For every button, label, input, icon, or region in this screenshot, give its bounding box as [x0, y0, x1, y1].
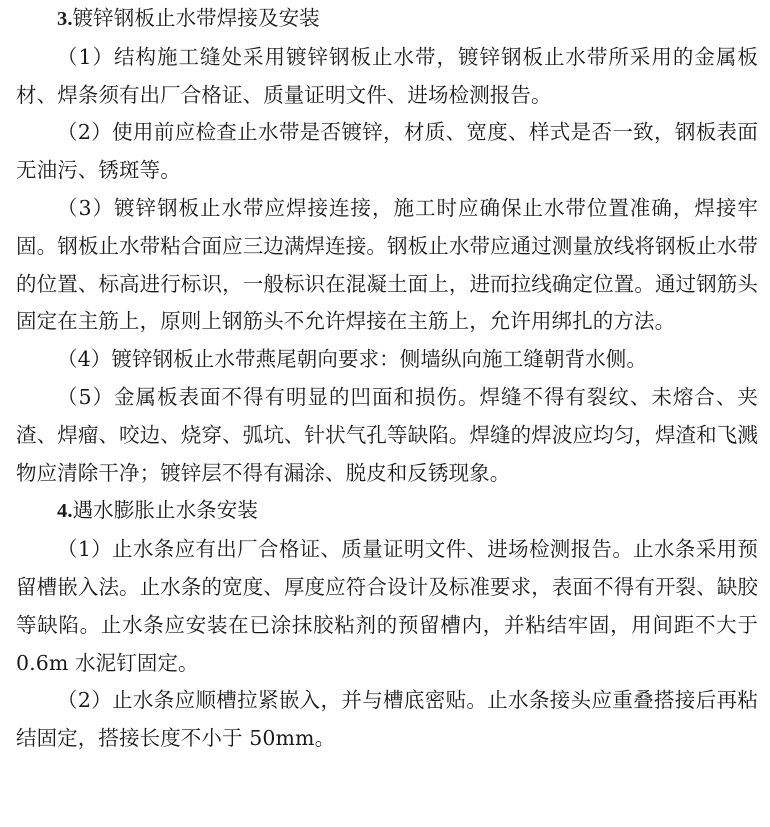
section-heading-3: 3.镀锌钢板止水带焊接及安装 [16, 0, 758, 39]
paragraph-3-4: （4）镀锌钢板止水带燕尾朝向要求：侧墙纵向施工缝朝背水侧。 [16, 341, 758, 379]
paragraph-4-2: （2）止水条应顺槽拉紧嵌入，并与槽底密贴。止水条接头应重叠搭接后再粘结固定，搭接… [16, 682, 758, 758]
paragraph-3-5: （5）金属板表面不得有明显的凹面和损伤。焊缝不得有裂纹、未熔合、夹渣、焊瘤、咬边… [16, 379, 758, 492]
section-title: 遇水膨胀止水条安装 [73, 498, 258, 522]
section-title: 镀锌钢板止水带焊接及安装 [73, 6, 320, 30]
paragraph-3-1: （1）结构施工缝处采用镀锌钢板止水带，镀锌钢板止水带所采用的金属板材、焊条须有出… [16, 39, 758, 115]
paragraph-3-3: （3）镀锌钢板止水带应焊接连接，施工时应确保止水带位置准确，焊接牢固。钢板止水带… [16, 190, 758, 341]
paragraph-3-2: （2）使用前应检查止水带是否镀锌，材质、宽度、样式是否一致，钢板表面无油污、锈斑… [16, 114, 758, 190]
section-number: 4. [57, 500, 73, 522]
section-heading-4: 4.遇水膨胀止水条安装 [16, 492, 758, 531]
paragraph-4-1: （1）止水条应有出厂合格证、质量证明文件、进场检测报告。止水条采用预留槽嵌入法。… [16, 531, 758, 682]
document-page: 3.镀锌钢板止水带焊接及安装 （1）结构施工缝处采用镀锌钢板止水带，镀锌钢板止水… [16, 0, 758, 758]
section-number: 3. [57, 8, 73, 30]
